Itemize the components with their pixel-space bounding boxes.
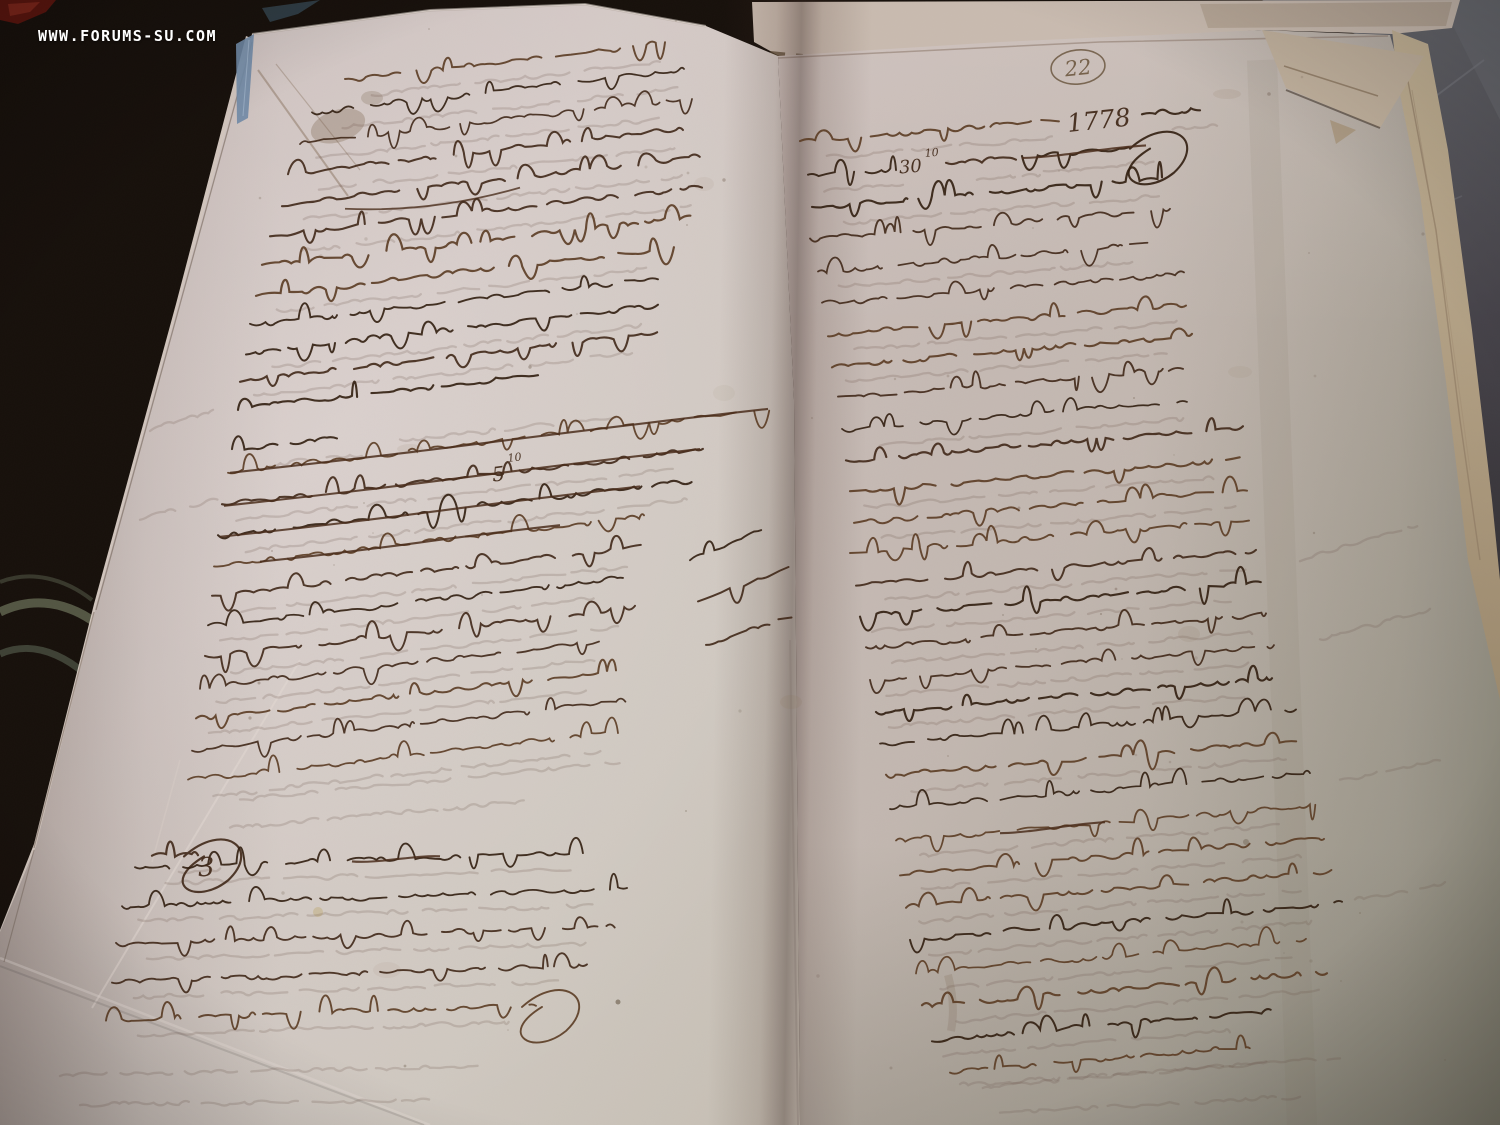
manuscript-scene: 22 1778 30 10 3 5 10 <box>0 0 1500 1125</box>
watermark-text: WWW.FORUMS-SU.COM <box>38 27 217 45</box>
manuscript-photo: WWW.FORUMS-SU.COM <box>0 0 1500 1125</box>
vignette <box>0 0 1500 1125</box>
